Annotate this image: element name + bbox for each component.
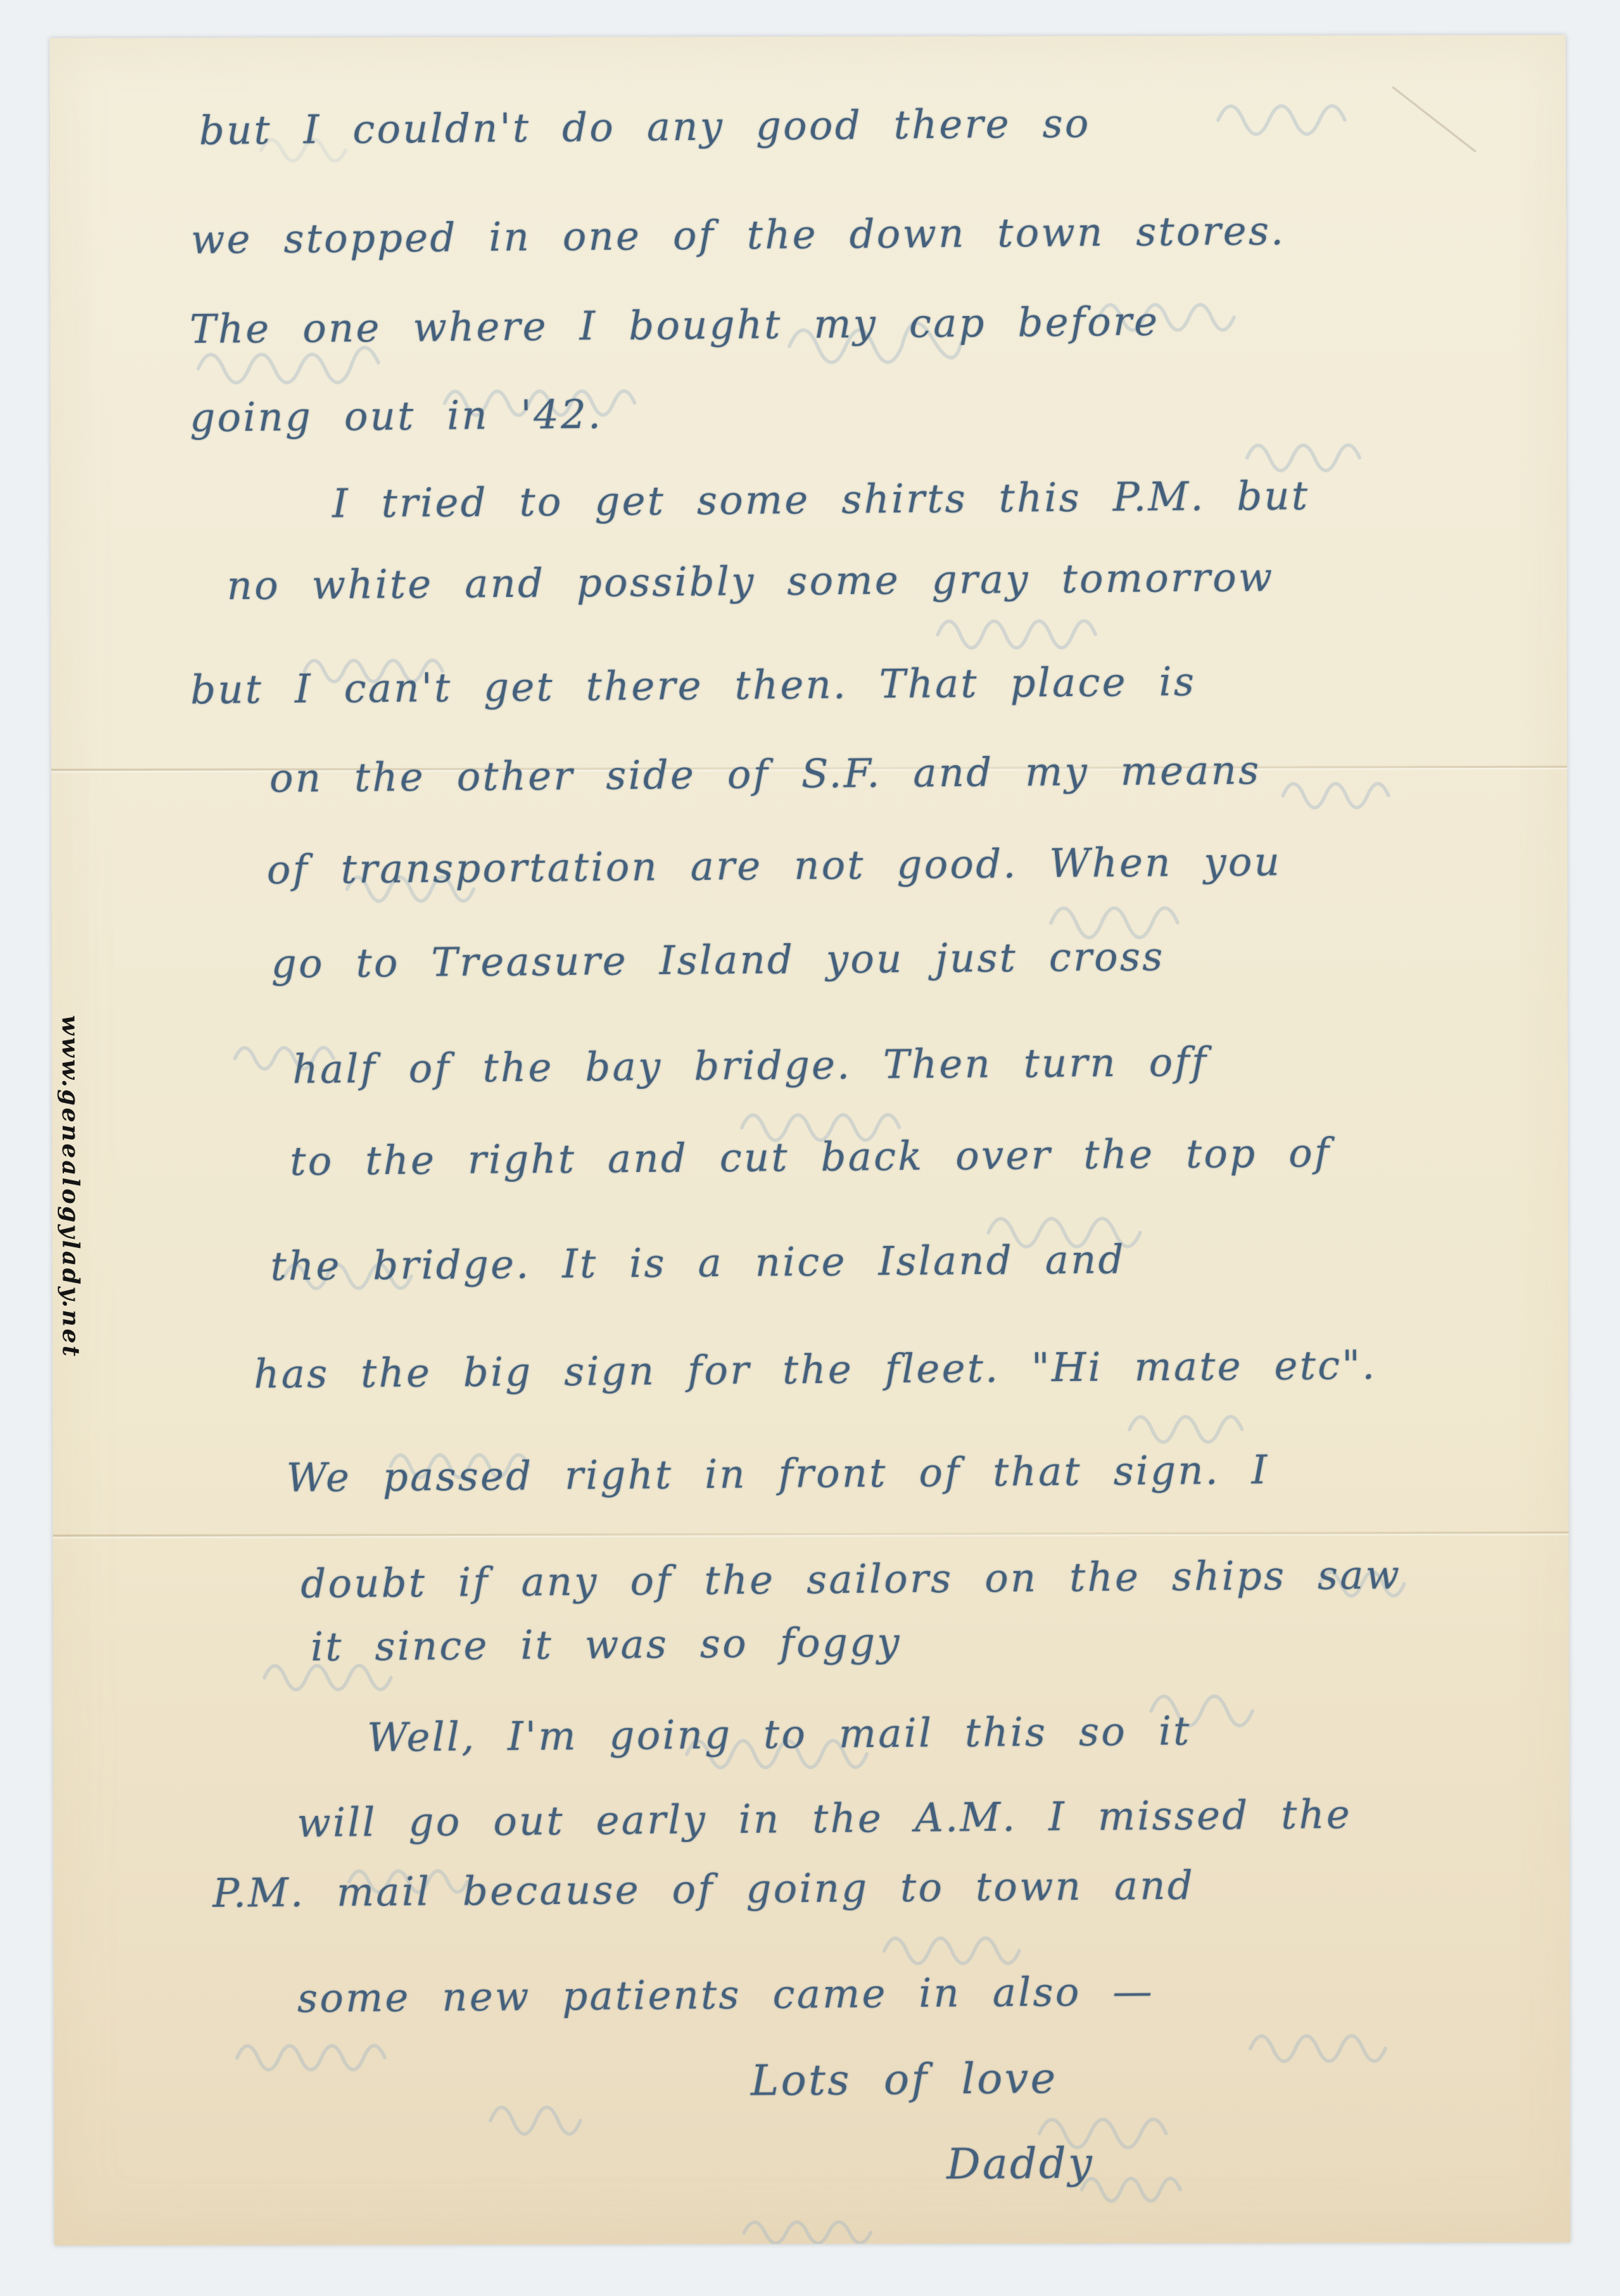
letter-line: but I couldn't do any good there so (199, 101, 1091, 153)
letter-line: has the big sign for the fleet. "Hi mate… (253, 1342, 1377, 1397)
letter-body: but I couldn't do any good there so we s… (50, 35, 1566, 39)
letter-paper: www.genealogylady.net but I couldn't do … (50, 35, 1571, 2246)
letter-line: on the other side of S.F. and my means (270, 748, 1261, 802)
letter-signature: Daddy (947, 2139, 1094, 2190)
letter-line: Well, I'm going to mail this so it (367, 1708, 1191, 1761)
letter-line: it since it was so foggy (310, 1620, 901, 1670)
letter-line: but I can't get there then. That place i… (190, 659, 1196, 713)
letter-line: to the right and cut back over the top o… (290, 1130, 1331, 1185)
letter-line: I tried to get some shirts this P.M. but (332, 473, 1310, 526)
fold-crease-lower (53, 1532, 1569, 1537)
watermark-text: www.genealogylady.net (57, 1015, 85, 1358)
letter-line: some new patients came in also — (297, 1969, 1154, 2021)
letter-line: We passed right in front of that sign. I (286, 1447, 1270, 1501)
letter-line: half of the bay bridge. Then turn off (293, 1040, 1209, 1093)
letter-line: The one where I bought my cap before (189, 299, 1159, 353)
letter-line: doubt if any of the sailors on the ships… (300, 1552, 1402, 1607)
letter-line: we stopped in one of the down town store… (191, 208, 1286, 263)
letter-closing: Lots of love (751, 2054, 1058, 2106)
letter-line: P.M. mail because of going to town and (213, 1863, 1195, 1917)
letter-line: going out in '42. (190, 392, 603, 441)
corner-crease (1392, 86, 1476, 152)
letter-line: the bridge. It is a nice Island and (270, 1237, 1125, 1289)
letter-line: of transportation are not good. When you (267, 839, 1282, 893)
letter-line: go to Treasure Island you just cross (271, 934, 1165, 987)
letter-line: will go out early in the A.M. I missed t… (297, 1792, 1352, 1846)
scanned-letter-page: { "document": { "kind": "handwritten let… (0, 0, 1620, 2296)
letter-line: no white and possibly some gray tomorrow (227, 555, 1274, 609)
